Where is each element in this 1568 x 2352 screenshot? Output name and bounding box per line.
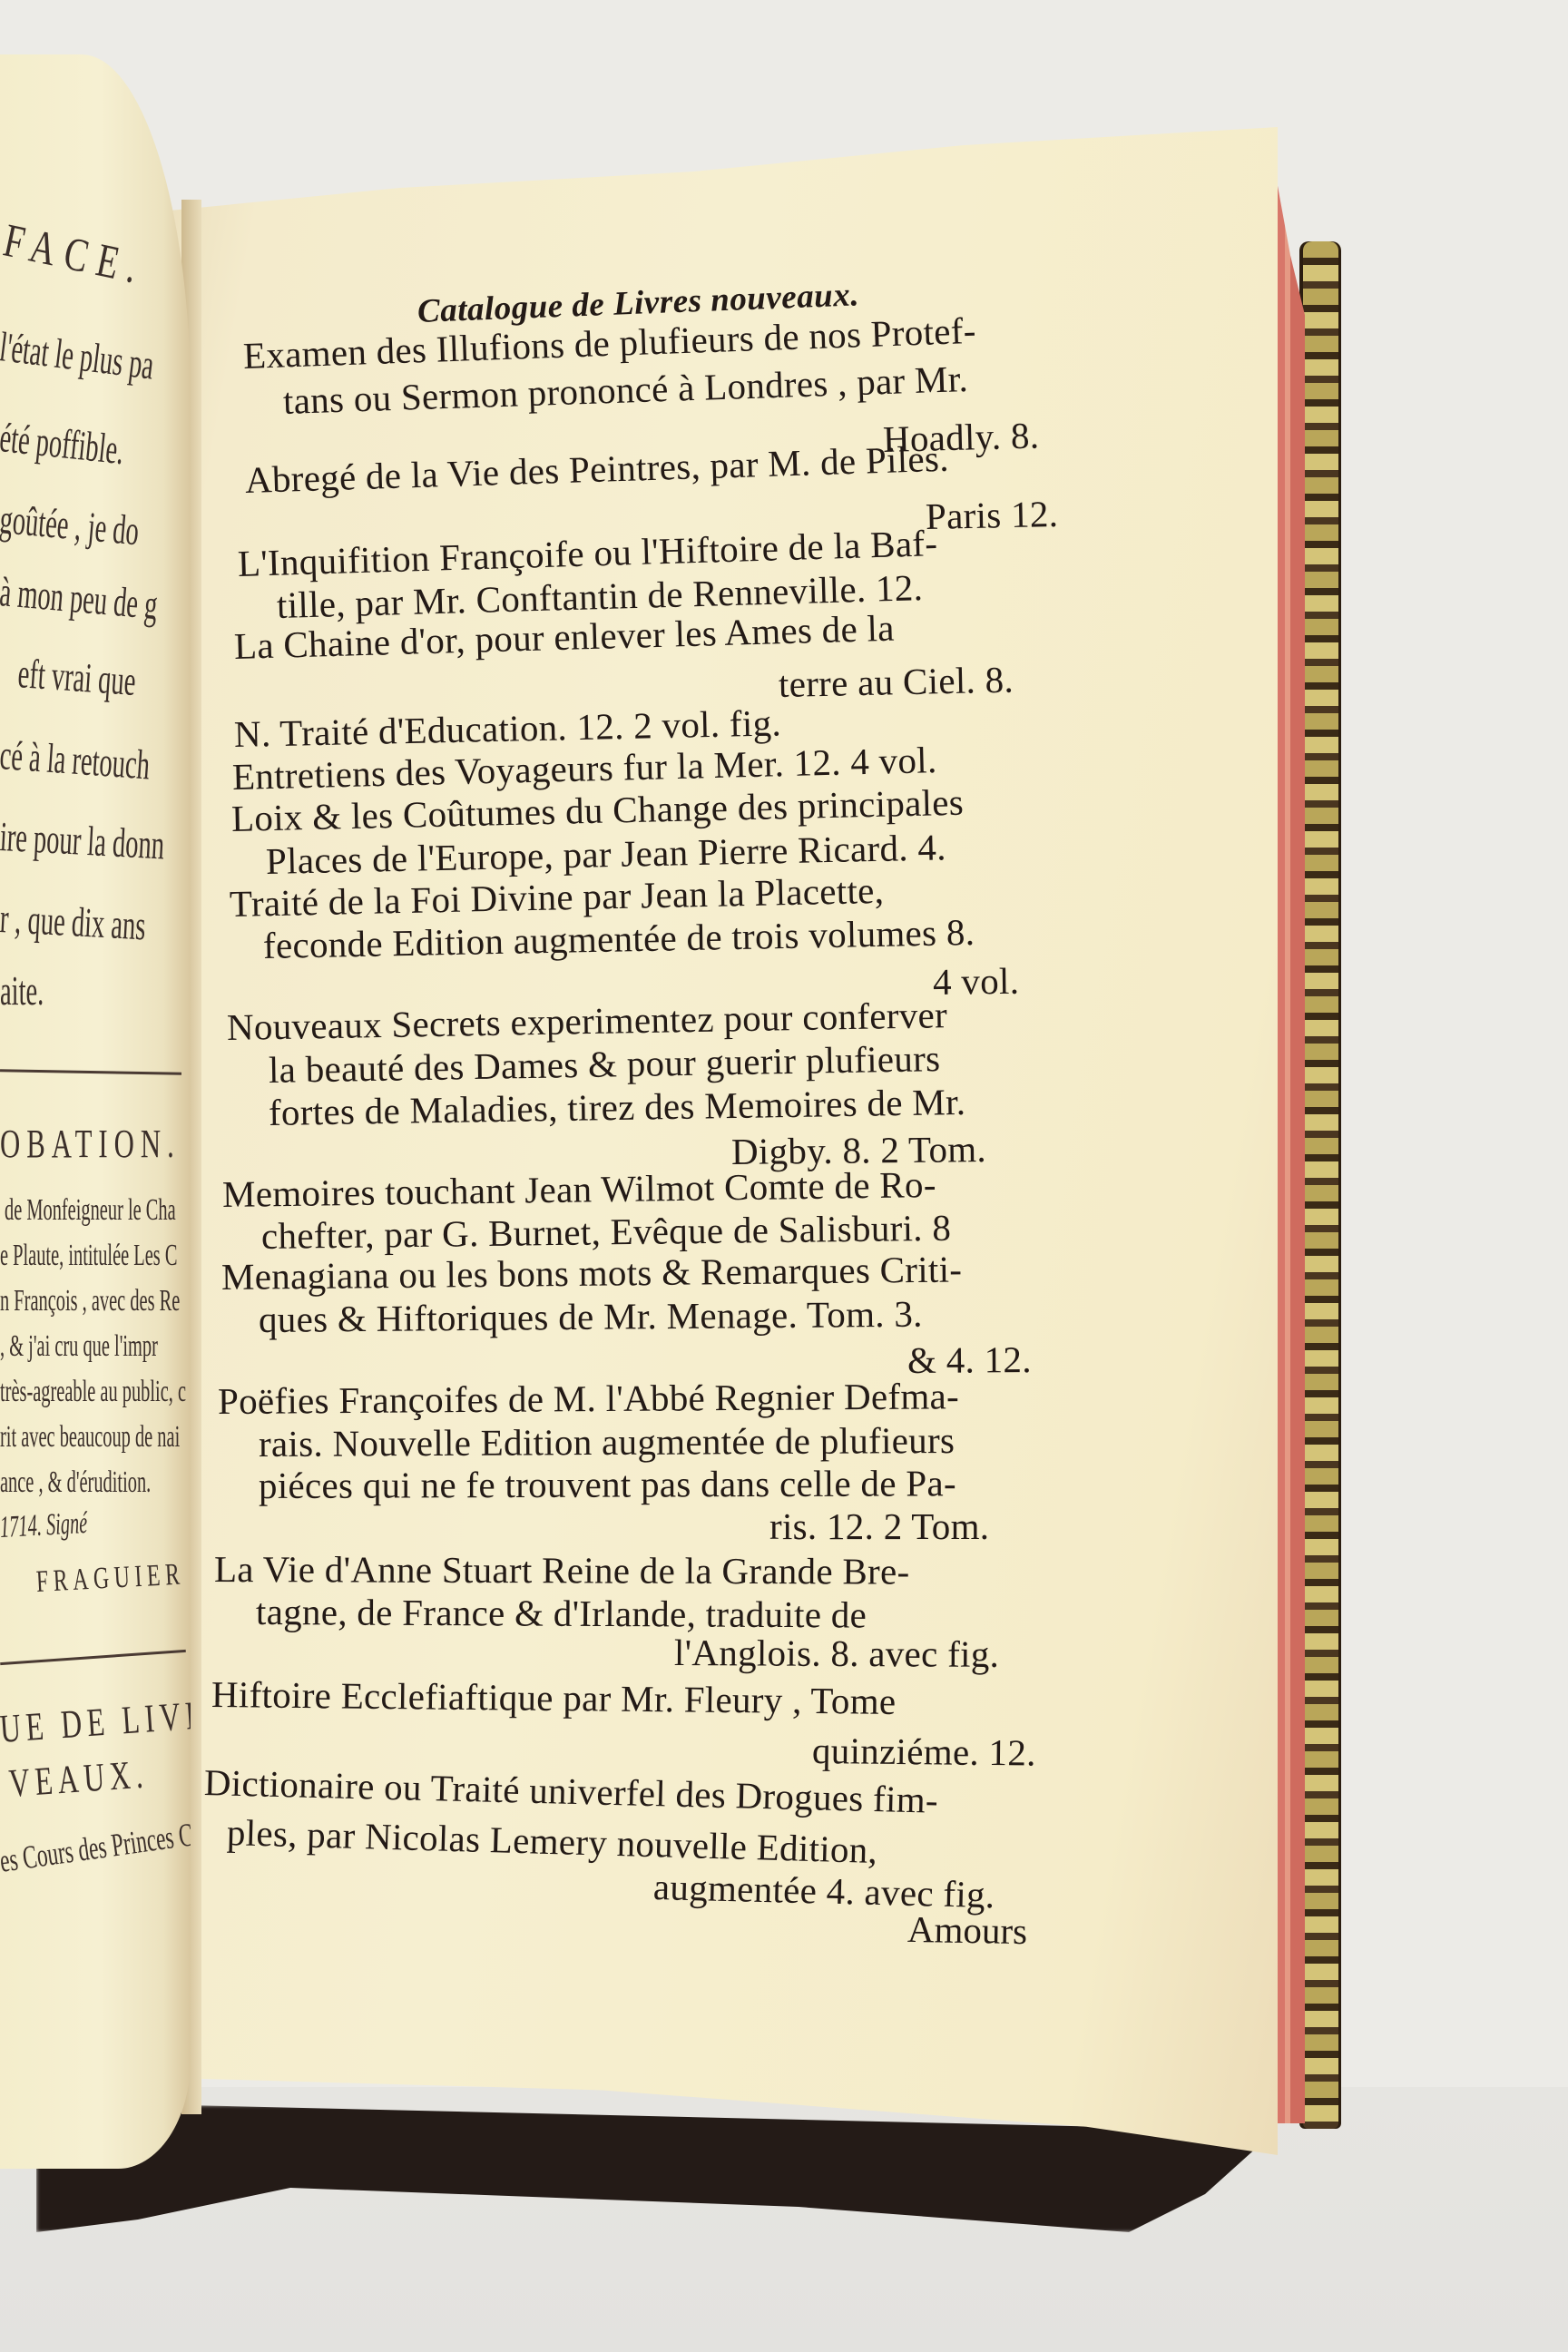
- entry-line: ques & Hiftoriques de Mr. Menage. Tom. 3…: [259, 1292, 923, 1341]
- entry-line: ris. 12. 2 Tom.: [769, 1504, 989, 1548]
- entry-line: Menagiana ou les bons mots & Remarques C…: [221, 1247, 963, 1298]
- entry-line: Paris 12.: [925, 492, 1058, 538]
- catalogue-text: Catalogue de Livres nouveaux. Examen des…: [0, 0, 1568, 2352]
- entry-line: l'Anglois. 8. avec fig.: [674, 1631, 999, 1676]
- book-photo: FACE. l'état le plus pa été poffible. go…: [0, 0, 1568, 2352]
- entry-line: tagne, de France & d'Irlande, traduite d…: [256, 1590, 867, 1637]
- catchword: Amours: [907, 1907, 1028, 1953]
- entry-line: piéces qui ne fe trouvent pas dans celle…: [259, 1461, 956, 1507]
- entry-line: ples, par Nicolas Lemery nouvelle Editio…: [226, 1810, 877, 1872]
- entry-line: quinziéme. 12.: [812, 1729, 1036, 1775]
- entry-line: terre au Ciel. 8.: [778, 658, 1014, 706]
- entry-line: Hiftoire Ecclefiaftique par Mr. Fleury ,…: [211, 1672, 897, 1723]
- entry-line: rais. Nouvelle Edition augmentée de pluf…: [259, 1418, 955, 1465]
- entry-line: Poëfies Françoifes de M. l'Abbé Regnier …: [218, 1374, 959, 1423]
- entry-line: La Vie d'Anne Stuart Reine de la Grande …: [214, 1547, 910, 1593]
- entry-line: Abregé de la Vie des Peintres, par M. de…: [244, 436, 949, 502]
